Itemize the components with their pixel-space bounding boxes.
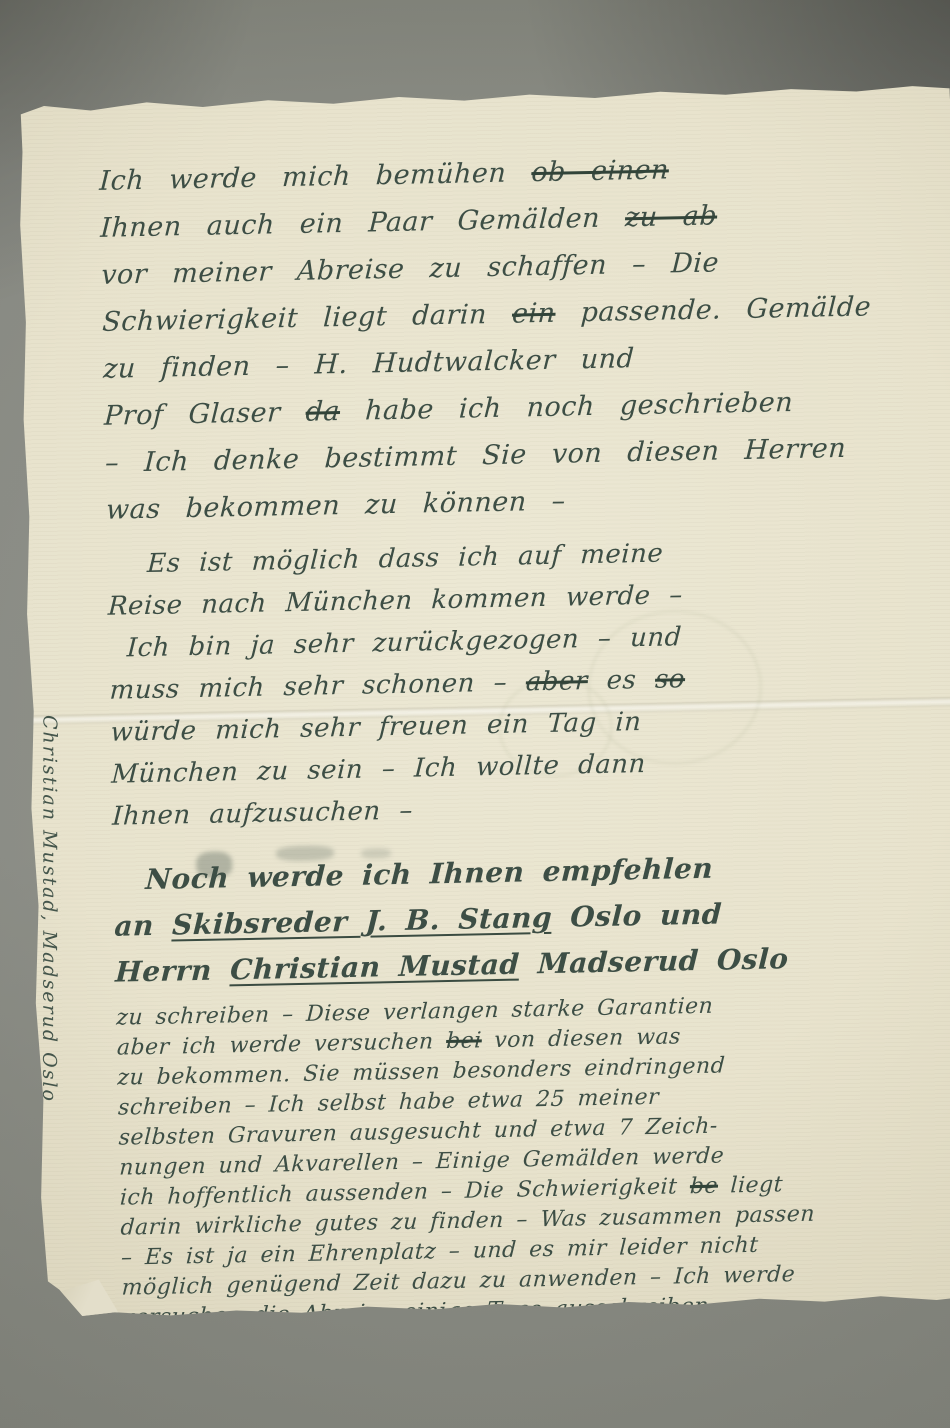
- struck-through-text: be: [689, 1174, 718, 1200]
- handwritten-text: München zu sein – Ich wollte dann: [111, 749, 647, 790]
- struck-through-text: zu ab: [624, 200, 718, 233]
- handwritten-text: an: [114, 909, 173, 943]
- handwritten-text: Ich bin ja sehr zurückgezogen – und: [126, 622, 682, 663]
- handwritten-text: aber ich werde versuchen: [116, 1029, 446, 1061]
- handwritten-text: muss mich sehr schonen –: [109, 667, 527, 705]
- handwritten-text: – Ich denke bestimmt Sie von diesen Herr…: [104, 433, 847, 479]
- struck-through-text: da: [305, 396, 341, 428]
- handwritten-text: es: [587, 665, 656, 696]
- struck-through-text: aber: [525, 666, 588, 697]
- struck-through-text: bei: [446, 1028, 483, 1054]
- handwritten-text: liegt: [717, 1172, 783, 1198]
- handwritten-text: Ihnen aufzusuchen –: [111, 796, 413, 832]
- handwritten-text: zu finden – H. Hudtwalcker und: [102, 343, 635, 385]
- vertical-margin-note: Christian Mustad, Madserud Oslo: [38, 715, 61, 1315]
- scan-background: Ich werde mich bemühen ob einenIhnen auc…: [0, 0, 950, 1428]
- underlined-text: Christian Mustad: [229, 948, 520, 987]
- underlined-text: Skibsreder J. B. Stang: [171, 901, 553, 942]
- paper-surface: Ich werde mich bemühen ob einenIhnen auc…: [16, 85, 950, 1320]
- handwritten-text: Noch werde ich Ihnen empfehlen: [145, 852, 714, 896]
- handwritten-text: Schwierigkeit liegt darin: [102, 299, 513, 338]
- handwritten-text: Prof Glaser: [103, 397, 306, 432]
- handwritten-text: würde mich sehr freuen ein Tag in: [110, 707, 642, 748]
- handwritten-text: Ich werde mich bemühen: [99, 157, 532, 197]
- handwritten-text: was bekommen zu können –: [105, 486, 566, 526]
- handwritten-text: passende. Gemälde: [555, 291, 872, 328]
- struck-through-text: so: [654, 664, 685, 695]
- struck-through-text: ob einen: [531, 154, 670, 188]
- struck-through-text: ein: [511, 298, 556, 330]
- handwritten-text: Oslo und: [551, 897, 722, 933]
- handwritten-text: Madserud Oslo: [519, 942, 790, 980]
- handwritten-text: habe ich noch geschrieben: [339, 387, 794, 427]
- handwritten-text: Es ist möglich dass ich auf meine: [146, 539, 664, 579]
- handwritten-text: Reise nach München kommen werde –: [107, 580, 683, 622]
- letter-paper-sheet: Ich werde mich bemühen ob einenIhnen auc…: [16, 85, 950, 1320]
- handwritten-text: vor meiner Abreise zu schaffen – Die: [101, 247, 720, 290]
- handwritten-text: Ihnen auch ein Paar Gemälden: [100, 202, 626, 244]
- handwritten-text: von diesen was: [481, 1024, 681, 1053]
- handwritten-text: Herrn: [115, 953, 232, 988]
- letter-body: Ich werde mich bemühen ob einenIhnen auc…: [99, 141, 950, 1334]
